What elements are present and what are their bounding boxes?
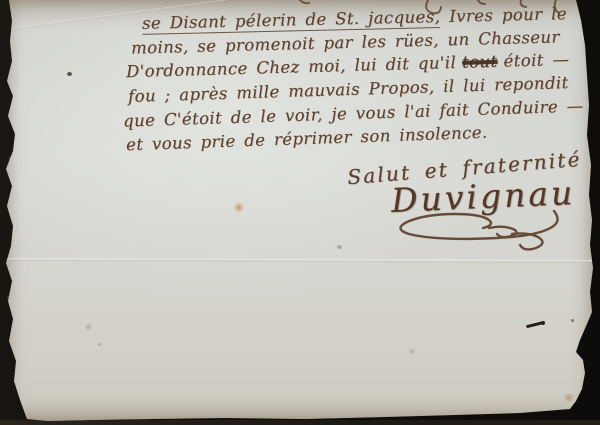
line-text: D'ordonnance Chez moi, lui dit qu'il [126,53,457,81]
fold-crease-faint [10,377,585,379]
letter-paper: se Disant pélerin de St. jacques,Ivres p… [0,0,600,425]
fox-stain [337,245,342,249]
line-text: Ivres pour le [449,4,567,26]
ink-smudge [526,321,545,329]
line-text: étoit — [503,50,569,71]
signature-flourish [394,209,564,251]
fold-crease-horizontal [6,258,592,263]
table-edge-sliver [0,420,600,425]
fox-stain [563,393,575,402]
ink-speck [67,72,72,76]
crossed-out-word: tout [462,52,498,72]
paper-fleck [98,343,101,346]
ink-blot [541,321,545,325]
fox-stain [233,202,245,213]
fox-stain [84,323,93,331]
fox-stain [408,348,416,355]
ink-blot [571,319,574,322]
photograph-of-letter: se Disant pélerin de St. jacques,Ivres p… [0,0,600,425]
